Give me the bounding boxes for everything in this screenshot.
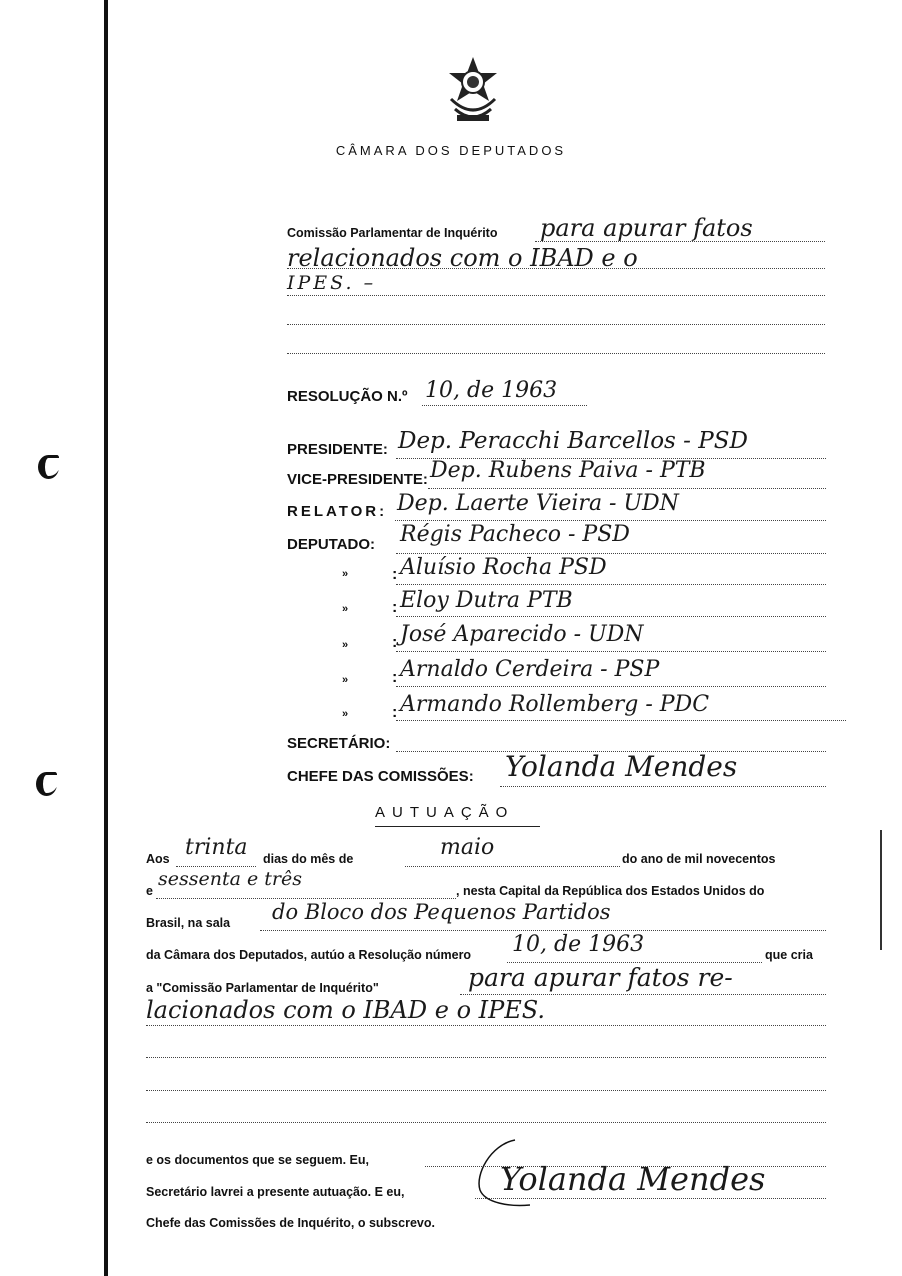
fill-line [396,720,846,721]
fill-line [396,686,826,687]
colon: : [392,669,397,687]
fill-line [460,994,826,995]
commission-purpose-ref: para apurar fatos re- [468,963,733,992]
institution-title: CÂMARA DOS DEPUTADOS [0,143,902,158]
autuacao-text: a "Comissão Parlamentar de Inquérito" [146,981,379,995]
resolution-number: 10, de 1963 [425,378,557,403]
commission-purpose-ref-cont: lacionados com o IBAD e o IPES. [146,996,545,1024]
secretary-label: SECRETÁRIO: [287,735,390,752]
closing-text-2: Secretário lavrei a presente autuação. E… [146,1185,404,1199]
ditto-mark: » [342,568,348,580]
deputy-name-4: José Aparecido - UDN [400,622,644,647]
fill-line [260,930,826,931]
fill-line [396,651,826,652]
autuacao-text: Aos [146,852,170,866]
fill-line [405,866,620,867]
fill-line [396,553,826,554]
ditto-mark: » [342,708,348,720]
fill-line [146,1090,826,1091]
closing-text-1: e os documentos que se seguem. Eu, [146,1153,369,1167]
fill-line [396,616,826,617]
colon: : [392,566,397,584]
fill-line [146,1025,826,1026]
ditto-mark: » [342,639,348,651]
fill-line [156,898,456,899]
fill-line [146,1057,826,1058]
deputy-label: DEPUTADO: [287,536,375,553]
autuacao-text: e [146,884,153,898]
deputy-name-2: Aluísio Rocha PSD [400,555,607,580]
deputy-name-6: Armando Rollemberg - PDC [400,692,709,717]
brazil-coat-of-arms-icon [445,55,501,131]
commission-purpose-line-3: IPES. – [287,272,376,294]
fill-line [287,295,825,296]
punch-hole-mark [36,772,57,796]
fill-line [535,241,825,242]
closing-text-3: Chefe das Comissões de Inquérito, o subs… [146,1216,435,1230]
resolution-number-ref: 10, de 1963 [512,932,644,957]
ditto-mark: » [342,674,348,686]
signature-flourish [470,1135,530,1215]
chief-name: Yolanda Mendes [505,750,737,783]
president-name: Dep. Peracchi Barcellos - PSD [398,428,748,454]
commission-purpose-line-1: para apurar fatos [540,214,753,242]
month-value: maio [440,835,494,860]
deputy-name-1: Régis Pacheco - PSD [400,522,630,547]
rapporteur-label: RELATOR: [287,503,387,520]
autuacao-text: dias do mês de [263,852,353,866]
binding-margin-line [104,0,108,1276]
chief-label: CHEFE DAS COMISSÕES: [287,768,474,785]
autuacao-text: , nesta Capital da República dos Estados… [456,884,764,898]
autuacao-text: Brasil, na sala [146,916,230,930]
punch-hole-mark [38,455,59,479]
title-underline [375,826,540,827]
deputy-name-3: Eloy Dutra PTB [400,588,573,613]
fill-line [500,786,826,787]
colon: : [392,599,397,617]
colon: : [392,634,397,652]
autuacao-title: AUTUAÇÃO [375,804,514,821]
president-label: PRESIDENTE: [287,441,388,458]
fill-line [287,324,825,325]
fill-line [287,353,825,354]
deputy-name-5: Arnaldo Cerdeira - PSP [400,657,659,682]
fill-line [176,866,256,867]
day-value: trinta [185,835,248,860]
commission-label: Comissão Parlamentar de Inquérito [287,226,497,240]
room-value: do Bloco dos Pequenos Partidos [272,900,611,924]
fill-line [422,405,587,406]
scan-mark [880,830,882,950]
signature: Yolanda Mendes [500,1160,765,1198]
year-words-value: sessenta e três [158,868,302,890]
fill-line [428,488,826,489]
fill-line [395,520,826,521]
vice-president-label: VICE-PRESIDENTE: [287,471,428,488]
fill-line [287,268,825,269]
fill-line [396,584,826,585]
fill-line [146,1122,826,1123]
resolution-label: RESOLUÇÃO N.º [287,388,407,405]
vice-president-name: Dep. Rubens Paiva - PTB [430,458,706,483]
autuacao-text: que cria [765,948,813,962]
autuacao-text: da Câmara dos Deputados, autúo a Resoluç… [146,948,471,962]
rapporteur-name: Dep. Laerte Vieira - UDN [397,491,679,516]
ditto-mark: » [342,603,348,615]
autuacao-text: do ano de mil novecentos [622,852,776,866]
